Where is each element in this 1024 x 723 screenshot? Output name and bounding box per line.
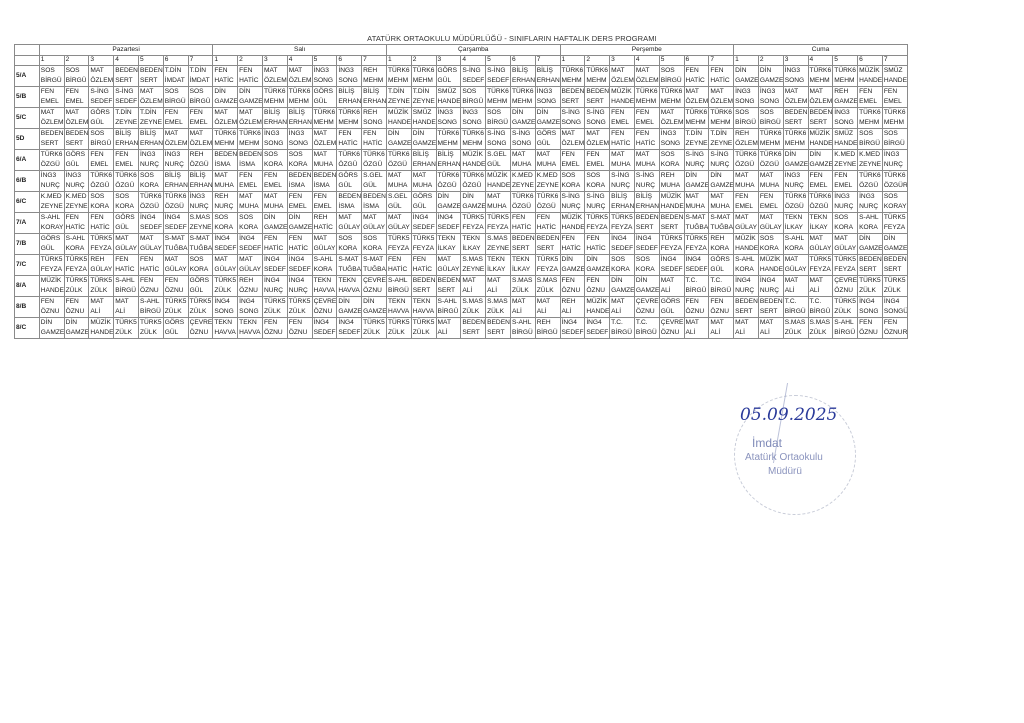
teacher-cell: GÜL [362, 181, 387, 192]
subject-cell: TEKN [213, 318, 238, 329]
teacher-cell: FEYZA [610, 223, 635, 234]
subject-cell: MÜZİK [39, 276, 64, 287]
teacher-cell: MUHA [659, 181, 684, 192]
period-number: 7 [362, 56, 387, 66]
teacher-cell: HATİC [138, 265, 163, 276]
teacher-cell: MEHM [510, 97, 535, 108]
class-subject-row: 8/CDİNDİNMÜZİKTÜRK5TÜRK5GÖRSÇEVRETEKNTEK… [15, 318, 908, 329]
subject-cell: S-MAT [163, 234, 188, 245]
teacher-cell: ÖZGÜ [758, 160, 783, 171]
teacher-cell: KORAY [882, 202, 907, 213]
teacher-cell: GÜLAY [758, 223, 783, 234]
subject-cell: BEDEN [808, 108, 833, 119]
teacher-cell: SERT [808, 118, 833, 129]
subject-cell: GÖRS [709, 255, 734, 266]
period-number: 2 [585, 56, 610, 66]
subject-cell: REH [659, 171, 684, 182]
teacher-cell: HATİC [585, 244, 610, 255]
subject-cell: BİLİŞ [138, 129, 163, 140]
teacher-cell: MUHA [386, 181, 411, 192]
subject-cell: TÜRK6 [238, 129, 263, 140]
teacher-cell: ÖZNU [312, 307, 337, 318]
subject-cell: TÜRK5 [610, 213, 635, 224]
subject-cell: T.DİN [188, 66, 213, 77]
teacher-cell: KORA [89, 202, 114, 213]
class-subject-row: 5DBEDENBEDENSOSBİLİŞBİLİŞMATMATTÜRK6TÜRK… [15, 129, 908, 140]
subject-cell: FEN [89, 213, 114, 224]
teacher-cell: SONG [362, 118, 387, 129]
teacher-cell: EMEL [634, 118, 659, 129]
subject-cell: SOS [337, 234, 362, 245]
class-name: 8/A [15, 276, 40, 297]
teacher-cell: SONG [461, 118, 486, 129]
subject-cell: S-AHL [436, 297, 461, 308]
teacher-cell: ALİ [758, 328, 783, 339]
subject-cell: S.MAS [461, 255, 486, 266]
subject-cell: TÜRK6 [709, 108, 734, 119]
teacher-cell: ZÜLK [262, 307, 287, 318]
subject-cell: S.MAS [461, 297, 486, 308]
teacher-cell: HAVVA [386, 307, 411, 318]
subject-cell: FEN [138, 276, 163, 287]
teacher-cell: MEHM [238, 139, 263, 150]
teacher-cell: HANDE [610, 97, 635, 108]
teacher-cell: MEHM [213, 139, 238, 150]
subject-cell: MAT [734, 171, 759, 182]
period-number: 4 [114, 56, 139, 66]
subject-cell: TEKN [808, 213, 833, 224]
teacher-cell: ÖZLEM [89, 76, 114, 87]
teacher-cell: HANDE [882, 76, 907, 87]
subject-cell: TÜRK5 [833, 255, 858, 266]
subject-cell: S.MAS [486, 234, 511, 245]
teacher-cell: ÖZLEM [213, 118, 238, 129]
subject-cell: T.DİN [386, 87, 411, 98]
teacher-cell: KORA [659, 160, 684, 171]
corner-cell [15, 45, 40, 56]
teacher-cell: ÖZNU [262, 328, 287, 339]
subject-cell: TÜRK6 [585, 66, 610, 77]
subject-cell: GÖRS [312, 87, 337, 98]
subject-cell: GÖRS [39, 234, 64, 245]
subject-cell: S-MAT [337, 255, 362, 266]
teacher-cell: ZÜLK [535, 286, 560, 297]
subject-cell: TÜRK5 [39, 255, 64, 266]
teacher-cell: EMEL [808, 181, 833, 192]
teacher-cell: SERT [858, 265, 883, 276]
period-number: 7 [188, 56, 213, 66]
subject-cell: İNG4 [684, 255, 709, 266]
teacher-cell: ÖZLEM [560, 139, 585, 150]
teacher-cell: NURÇ [858, 202, 883, 213]
subject-cell: BİLİŞ [411, 150, 436, 161]
teacher-cell: SEDEF [585, 328, 610, 339]
teacher-cell: ZEYNE [833, 160, 858, 171]
teacher-cell: MEHM [262, 97, 287, 108]
teacher-cell: GAMZE [362, 307, 387, 318]
teacher-cell: ÖZNU [858, 328, 883, 339]
teacher-cell: ERHAN [138, 139, 163, 150]
subject-cell: MAT [64, 108, 89, 119]
subject-cell: TÜRK6 [486, 87, 511, 98]
subject-cell: FEN [858, 318, 883, 329]
subject-cell: REH [89, 255, 114, 266]
subject-cell: S-İNG [560, 192, 585, 203]
subject-cell: GÖRS [436, 66, 461, 77]
subject-cell: MAT [560, 129, 585, 140]
teacher-cell: TUĞBA [188, 244, 213, 255]
subject-cell: DİN [634, 276, 659, 287]
teacher-cell: ZÜLK [89, 286, 114, 297]
subject-cell: T.DİN [138, 108, 163, 119]
subject-cell: FEN [734, 192, 759, 203]
teacher-cell: MEHM [486, 97, 511, 108]
teacher-cell: ALİ [510, 307, 535, 318]
teacher-cell: SONG [213, 307, 238, 318]
subject-cell: SOS [659, 150, 684, 161]
teacher-cell: GAMZE [560, 265, 585, 276]
teacher-cell: ÖZGÜ [386, 160, 411, 171]
subject-cell: TÜRK5 [386, 234, 411, 245]
class-teacher-row: EMELEMELSEDEFSEDEFÖZLEMBİRGÜBİRGÜGAMZEGA… [15, 97, 908, 108]
teacher-cell: ALİ [808, 286, 833, 297]
subject-cell: TÜRK6 [783, 192, 808, 203]
subject-cell: BİLİŞ [510, 66, 535, 77]
subject-cell: S-İNG [89, 87, 114, 98]
teacher-cell: GÜL [386, 202, 411, 213]
subject-cell: BİLİŞ [362, 87, 387, 98]
subject-cell: MAT [312, 129, 337, 140]
class-teacher-row: KORAYHATİCHATİCGÜLSEDEFSEDEFZEYNEKORAKOR… [15, 223, 908, 234]
subject-cell: İNG4 [337, 318, 362, 329]
teacher-cell: FEYZA [64, 265, 89, 276]
subject-cell: BEDEN [287, 171, 312, 182]
class-name: 6/B [15, 171, 40, 192]
subject-cell: MAT [138, 234, 163, 245]
subject-cell: MAT [610, 150, 635, 161]
teacher-cell: FEYZA [833, 265, 858, 276]
subject-cell: İNG3 [163, 150, 188, 161]
teacher-cell: NURÇ [882, 160, 907, 171]
teacher-cell: SERT [634, 223, 659, 234]
teacher-cell: HANDE [436, 97, 461, 108]
period-header-row: 12345671234567123456712345671234567 [15, 56, 908, 66]
teacher-cell: ZÜLK [882, 286, 907, 297]
teacher-cell: HATİC [610, 139, 635, 150]
teacher-cell: GAMZE [585, 265, 610, 276]
subject-cell: T.C. [610, 318, 635, 329]
subject-cell: DİN [560, 255, 585, 266]
subject-cell: DİN [882, 234, 907, 245]
teacher-cell: NURÇ [287, 286, 312, 297]
period-number: 6 [858, 56, 883, 66]
subject-cell: S-MAT [188, 234, 213, 245]
subject-cell: ÇEVRE [312, 297, 337, 308]
teacher-cell: MEHM [461, 139, 486, 150]
day-header: Cuma [734, 45, 908, 56]
teacher-cell: ALİ [89, 307, 114, 318]
teacher-cell: ÖZGÜ [858, 181, 883, 192]
teacher-cell: ÖZGÜ [114, 181, 139, 192]
subject-cell: MAT [709, 192, 734, 203]
period-number: 2 [758, 56, 783, 66]
teacher-cell: HANDE [560, 223, 585, 234]
subject-cell: İNG4 [858, 297, 883, 308]
subject-cell: MAT [163, 255, 188, 266]
teacher-cell: ERHAN [287, 118, 312, 129]
teacher-cell: MUHA [684, 202, 709, 213]
class-name: 7/A [15, 213, 40, 234]
teacher-cell: ERHAN [337, 97, 362, 108]
subject-cell: DİN [610, 276, 635, 287]
teacher-cell: HANDE [858, 76, 883, 87]
teacher-cell: MEHM [684, 118, 709, 129]
teacher-cell: MEHM [386, 76, 411, 87]
teacher-cell: ÖZGÜ [808, 202, 833, 213]
class-teacher-row: ZEYNEZEYNEKORAKORAÖZGÜÖZGÜNURÇNURÇMUHAMU… [15, 202, 908, 213]
teacher-cell: ZÜLK [486, 307, 511, 318]
subject-cell: FEN [138, 255, 163, 266]
subject-cell: BEDEN [39, 129, 64, 140]
subject-cell: FEN [684, 297, 709, 308]
teacher-cell: ZEYNE [510, 181, 535, 192]
subject-cell: FEN [585, 234, 610, 245]
teacher-cell: HAVVA [411, 307, 436, 318]
subject-cell: MAT [659, 108, 684, 119]
teacher-cell: FEYZA [461, 223, 486, 234]
teacher-cell: MUHA [213, 181, 238, 192]
subject-cell: BEDEN [783, 108, 808, 119]
subject-cell: İNG4 [238, 297, 263, 308]
subject-cell: TÜRK5 [64, 276, 89, 287]
teacher-cell: ÖZLEM [709, 97, 734, 108]
teacher-cell: ZEYNE [64, 202, 89, 213]
subject-cell: REH [312, 213, 337, 224]
teacher-cell: ÖZLEM [163, 139, 188, 150]
subject-cell: MAT [535, 297, 560, 308]
subject-cell: İNG3 [64, 171, 89, 182]
subject-cell: MAT [783, 276, 808, 287]
subject-cell: TÜRK6 [858, 108, 883, 119]
teacher-cell: ALİ [783, 286, 808, 297]
teacher-cell: GAMZE [213, 97, 238, 108]
subject-cell: S-İNG [486, 129, 511, 140]
subject-cell: SMÜZ [833, 129, 858, 140]
subject-cell: REH [362, 108, 387, 119]
teacher-cell: KORA [709, 244, 734, 255]
subject-cell: BEDEN [138, 66, 163, 77]
corner-cell [15, 56, 40, 66]
teacher-cell: İSMA [312, 181, 337, 192]
teacher-cell: BİRGÜ [808, 307, 833, 318]
teacher-cell: GÜLAY [734, 223, 759, 234]
teacher-cell: ÖZNU [684, 307, 709, 318]
subject-cell: MAT [461, 276, 486, 287]
teacher-cell: GÜLAY [138, 244, 163, 255]
teacher-cell: HATİC [213, 76, 238, 87]
teacher-cell: FEYZA [659, 244, 684, 255]
subject-cell: ÇEVRE [634, 297, 659, 308]
teacher-cell: EMEL [89, 160, 114, 171]
subject-cell: S-AHL [510, 318, 535, 329]
teacher-cell: SERT [138, 76, 163, 87]
subject-cell: İNG4 [659, 255, 684, 266]
teacher-cell: GAMZE [262, 223, 287, 234]
teacher-cell: BİRGÜ [486, 118, 511, 129]
subject-cell: SOS [138, 171, 163, 182]
teacher-cell: ÖZGÜ [188, 160, 213, 171]
subject-cell: İNG4 [163, 213, 188, 224]
teacher-cell: ERHAN [634, 202, 659, 213]
teacher-cell: HAVVA [213, 328, 238, 339]
subject-cell: TÜRK6 [337, 108, 362, 119]
teacher-cell: ÖZGÜ [337, 160, 362, 171]
subject-cell: DİN [386, 129, 411, 140]
subject-cell: MAT [287, 66, 312, 77]
teacher-cell: GÜL [411, 202, 436, 213]
teacher-cell: ZÜLK [114, 328, 139, 339]
subject-cell: MAT [39, 108, 64, 119]
teacher-cell: GAMZE [461, 202, 486, 213]
subject-cell: DİN [758, 66, 783, 77]
subject-cell: BEDEN [858, 255, 883, 266]
subject-cell: T.C. [783, 297, 808, 308]
teacher-cell: BİRGÜ [138, 307, 163, 318]
subject-cell: FEN [610, 129, 635, 140]
teacher-cell: ÖZLEM [287, 76, 312, 87]
subject-cell: FEN [882, 318, 907, 329]
teacher-cell: ÖZNU [188, 328, 213, 339]
subject-cell: FEN [560, 276, 585, 287]
subject-cell: MAT [436, 318, 461, 329]
teacher-cell: İLKAY [461, 244, 486, 255]
teacher-cell: BİRGÜ [188, 97, 213, 108]
subject-cell: DİN [858, 234, 883, 245]
subject-cell: MÜZİK [659, 192, 684, 203]
subject-cell: İNG3 [461, 108, 486, 119]
subject-cell: FEN [634, 129, 659, 140]
teacher-cell: SONG [238, 307, 263, 318]
subject-cell: TÜRK6 [411, 66, 436, 77]
subject-cell: MAT [808, 87, 833, 98]
subject-cell: FEN [188, 108, 213, 119]
teacher-cell: SERT [758, 307, 783, 318]
period-number: 4 [287, 56, 312, 66]
subject-cell: TEKN [238, 318, 263, 329]
teacher-cell: SEDEF [213, 244, 238, 255]
teacher-cell: HATİC [634, 139, 659, 150]
class-subject-row: 8/AMÜZİKTÜRK5TÜRK5S-AHLFENFENGÖRSTÜRK5RE… [15, 276, 908, 287]
teacher-cell: KORA [734, 265, 759, 276]
subject-cell: FEN [262, 234, 287, 245]
subject-cell: FEN [312, 192, 337, 203]
teacher-cell: SEDEF [486, 76, 511, 87]
stamp-date: 05.09.2025 [740, 405, 837, 425]
subject-cell: BİLİŞ [262, 108, 287, 119]
subject-cell: TÜRK6 [560, 66, 585, 77]
subject-cell: İNG3 [312, 66, 337, 77]
teacher-cell: GÜLAY [808, 244, 833, 255]
teacher-cell: ÖZLEM [659, 118, 684, 129]
teacher-cell: BİRGÜ [758, 118, 783, 129]
teacher-cell: KORA [833, 223, 858, 234]
subject-cell: GÖRS [659, 297, 684, 308]
subject-cell: MAT [262, 66, 287, 77]
teacher-cell: SONG [262, 139, 287, 150]
teacher-cell: SEDEF [684, 265, 709, 276]
teacher-cell: ZEYNE [188, 223, 213, 234]
class-subject-row: 7/CTÜRK5TÜRK5REHFENFENMATSOSMATMATİNG4İN… [15, 255, 908, 266]
period-number: 5 [659, 56, 684, 66]
teacher-cell: EMEL [287, 202, 312, 213]
teacher-cell: ZEYNE [709, 139, 734, 150]
teacher-cell: GAMZE [610, 286, 635, 297]
subject-cell: FEN [238, 171, 263, 182]
subject-cell: TÜRK5 [411, 234, 436, 245]
subject-cell: İNG4 [287, 255, 312, 266]
teacher-cell: EMEL [858, 97, 883, 108]
subject-cell: İNG4 [585, 318, 610, 329]
teacher-cell: GÜLAY [163, 265, 188, 276]
class-teacher-row: NURÇNURÇÖZGÜÖZGÜKORAERHANERHANMUHAEMELEM… [15, 181, 908, 192]
subject-cell: TÜRK6 [461, 129, 486, 140]
teacher-cell: GAMZE [634, 286, 659, 297]
subject-cell: FEN [213, 66, 238, 77]
subject-cell: S-İNG [114, 87, 139, 98]
subject-cell: İNG3 [262, 129, 287, 140]
subject-cell: T.DİN [684, 129, 709, 140]
subject-cell: S-MAT [362, 255, 387, 266]
teacher-cell: ZEYNE [114, 118, 139, 129]
subject-cell: T.DİN [411, 87, 436, 98]
subject-cell: K.MED [535, 171, 560, 182]
subject-cell: MAT [634, 150, 659, 161]
subject-cell: MAT [535, 150, 560, 161]
document-title: ATATÜRK ORTAOKULU MÜDÜRLÜĞÜ - SINIFLARIN… [0, 34, 1024, 43]
class-subject-row: 5/CMATMATGÖRST.DİNT.DİNFENFENMATMATBİLİŞ… [15, 108, 908, 119]
subject-cell: DİN [436, 192, 461, 203]
stamp-name: İmdat [752, 436, 782, 450]
subject-cell: BEDEN [213, 150, 238, 161]
subject-cell: DİN [287, 213, 312, 224]
class-subject-row: 8/BFENFENMATMATS-AHLTÜRK5TÜRK5İNG4İNG4TÜ… [15, 297, 908, 308]
subject-cell: MAT [138, 87, 163, 98]
subject-cell: REH [734, 129, 759, 140]
teacher-cell: ERHAN [188, 181, 213, 192]
teacher-cell: ÖZLEM [262, 76, 287, 87]
subject-cell: MAT [684, 192, 709, 203]
teacher-cell: MEHM [709, 118, 734, 129]
teacher-cell: MEHM [362, 76, 387, 87]
teacher-cell: ZEYNE [39, 202, 64, 213]
subject-cell: İNG3 [188, 192, 213, 203]
subject-cell: MÜZİK [808, 129, 833, 140]
teacher-cell: ZÜLK [188, 307, 213, 318]
subject-cell: TÜRK6 [808, 66, 833, 77]
subject-cell: SOS [163, 87, 188, 98]
teacher-cell: HANDE [39, 286, 64, 297]
subject-cell: TÜRK6 [808, 192, 833, 203]
teacher-cell: MEHM [882, 118, 907, 129]
class-teacher-row: GAMZEGAMZEHANDEZÜLKZÜLKGÜLÖZNUHAVVAHAVVA… [15, 328, 908, 339]
teacher-cell: NURÇ [262, 286, 287, 297]
subject-cell: SOS [634, 255, 659, 266]
teacher-cell: HATİC [535, 223, 560, 234]
subject-cell: TEKN [461, 234, 486, 245]
class-teacher-row: SERTSERTBİRGÜERHANERHANÖZLEMÖZLEMMEHMMEH… [15, 139, 908, 150]
subject-cell: FEN [337, 129, 362, 140]
teacher-cell: ZÜLK [808, 328, 833, 339]
